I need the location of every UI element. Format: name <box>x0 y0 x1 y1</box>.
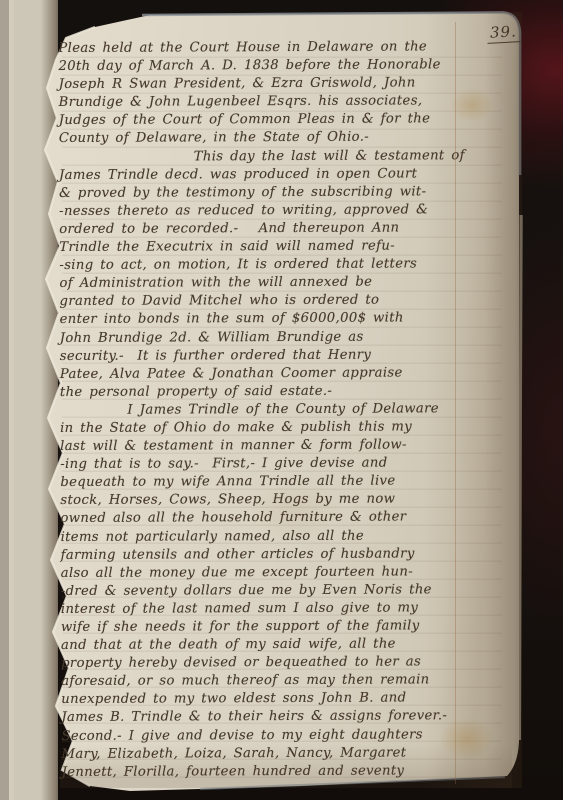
manuscript-line: Trindle the Executrix in said will named… <box>59 237 507 257</box>
manuscript-line: Joseph R Swan President, & Ezra Griswold… <box>59 74 507 94</box>
manuscript-line: James Trindle decd. was produced in open… <box>59 165 507 185</box>
manuscript-line: interest of the last named sum I also gi… <box>61 599 509 619</box>
manuscript-line: County of Delaware, in the State of Ohio… <box>59 128 507 148</box>
manuscript-line: 20th day of March A. D. 1838 before the … <box>58 56 506 76</box>
manuscript-line: & proved by the testimony of the subscri… <box>59 183 507 203</box>
manuscript-line: in the State of Ohio do make & publish t… <box>60 418 508 438</box>
manuscript-line: also all the money due me except fourtee… <box>61 563 509 583</box>
manuscript-line: the personal property of said estate.- <box>60 382 508 402</box>
manuscript-line: -dred & seventy dollars due me by Even N… <box>61 581 509 601</box>
manuscript-line: John Brundige 2d. & William Brundige as <box>60 328 508 348</box>
manuscript-line: bequeath to my wife Anna Trindle all the… <box>60 472 508 492</box>
manuscript-line: -sing to act, on motion, It is ordered t… <box>59 255 507 275</box>
manuscript-line: and that at the death of my said wife, a… <box>61 635 509 655</box>
manuscript-line: granted to David Mitchel who is ordered … <box>59 291 507 311</box>
manuscript-line: property hereby devised or bequeathed to… <box>61 653 509 673</box>
manuscript-line: -ing that is to say.- First,- I give dev… <box>60 454 508 474</box>
manuscript-line: items not particularly named, also all t… <box>61 527 509 547</box>
manuscript-line: Pleas held at the Court House in Delawar… <box>58 38 506 58</box>
manuscript-line: last will & testament in manner & form f… <box>60 436 508 456</box>
manuscript-line: owned also all the household furniture &… <box>60 508 508 528</box>
manuscript-line: I James Trindle of the County of Delawar… <box>60 400 508 420</box>
manuscript-line: -nesses thereto as reduced to writing, a… <box>59 201 507 221</box>
manuscript-line: unexpended to my two eldest sons John B.… <box>61 689 509 709</box>
manuscript-line: aforesaid, or so much thereof as may the… <box>61 671 509 691</box>
manuscript-line: Patee, Alva Patee & Jonathan Coomer appr… <box>60 364 508 384</box>
page-stack-edge <box>520 215 522 740</box>
manuscript-line: Mary, Elizabeth, Loiza, Sarah, Nancy, Ma… <box>61 744 509 764</box>
manuscript-line: of Administration with the will annexed … <box>59 273 507 293</box>
manuscript-line: Judges of the Court of Common Pleas in &… <box>59 110 507 130</box>
manuscript-line: James B. Trindle & to their heirs & assi… <box>61 707 509 727</box>
manuscript-line: wife if she needs it for the support of … <box>61 617 509 637</box>
manuscript-line: enter into bonds in the sum of $6000,00$… <box>60 309 508 329</box>
book-photo: 39. Pleas held at the Court House in Del… <box>0 0 563 800</box>
manuscript-line: ordered to be recorded.- And thereupon A… <box>59 219 507 239</box>
manuscript-line: Jennett, Florilla, fourteen hundred and … <box>62 762 510 782</box>
manuscript-text: Pleas held at the Court House in Delawar… <box>58 38 509 782</box>
manuscript-line: Second.- I give and devise to my eight d… <box>61 726 509 746</box>
manuscript-line: This day the last will & testament of <box>59 147 507 167</box>
manuscript-line: security.- It is further ordered that He… <box>60 346 508 366</box>
manuscript-line: stock, Horses, Cows, Sheep, Hogs by me n… <box>60 490 508 510</box>
manuscript-line: Brundige & John Lugenbeel Esqrs. his ass… <box>59 92 507 112</box>
manuscript-line: farming utensils and other articles of h… <box>61 545 509 565</box>
